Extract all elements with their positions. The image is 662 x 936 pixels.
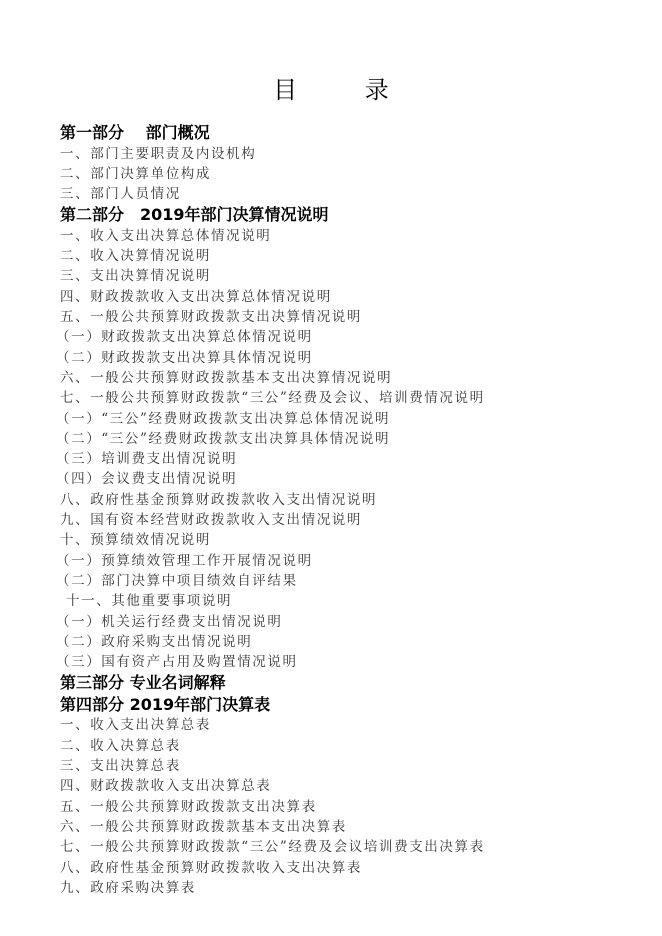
- toc-entry[interactable]: 一、收入支出决算总表: [60, 715, 640, 735]
- toc-entry[interactable]: 七、一般公共预算财政拨款“三公”经费及会议、培训费情况说明: [60, 388, 640, 408]
- toc-part-heading[interactable]: 第四部分 2019年部门决算表: [60, 694, 640, 716]
- toc-entry[interactable]: 三、部门人员情况: [60, 184, 640, 204]
- toc-entry[interactable]: 二、收入决算总表: [60, 736, 640, 756]
- toc-entry[interactable]: 七、一般公共预算财政拨款“三公”经费及会议培训费支出决算表: [60, 837, 640, 857]
- toc-entry[interactable]: 四、财政拨款收入支出决算总表: [60, 776, 640, 796]
- page-title: 目 录: [0, 70, 662, 105]
- toc-part-heading[interactable]: 第一部分 部门概况: [60, 122, 640, 144]
- toc-entry[interactable]: 九、国有资本经营财政拨款收入支出情况说明: [60, 510, 640, 530]
- toc-entry[interactable]: （一）预算绩效管理工作开展情况说明: [56, 551, 640, 571]
- toc-entry[interactable]: （一）财政拨款支出决算总体情况说明: [56, 327, 640, 347]
- toc-entry[interactable]: （三）培训费支出情况说明: [56, 449, 640, 469]
- toc-entry[interactable]: （三）国有资产占用及购置情况说明: [56, 652, 640, 672]
- toc-entry[interactable]: 八、政府性基金预算财政拨款收入支出决算表: [60, 858, 640, 878]
- toc-entry[interactable]: 一、部门主要职责及内设机构: [60, 144, 640, 164]
- document-page: 目 录 第一部分 部门概况一、部门主要职责及内设机构二、部门决算单位构成三、部门…: [0, 0, 662, 936]
- toc-part-heading[interactable]: 第三部分 专业名词解释: [60, 672, 640, 694]
- toc-entry[interactable]: 六、一般公共预算财政拨款基本支出决算表: [60, 817, 640, 837]
- toc-entry[interactable]: （四）会议费支出情况说明: [56, 469, 640, 489]
- toc-entry[interactable]: （二）财政拨款支出决算具体情况说明: [56, 348, 640, 368]
- toc-entry[interactable]: （二）政府采购支出情况说明: [56, 632, 640, 652]
- toc-entry[interactable]: 一、收入支出决算总体情况说明: [60, 226, 640, 246]
- toc-entry[interactable]: （二）“三公”经费财政拨款支出决算具体情况说明: [56, 429, 640, 449]
- toc-entry[interactable]: 四、财政拨款收入支出决算总体情况说明: [60, 287, 640, 307]
- toc-entry[interactable]: 十、预算绩效情况说明: [60, 530, 640, 550]
- toc-entry[interactable]: 十一、其他重要事项说明: [66, 591, 640, 611]
- toc-part-heading[interactable]: 第二部分 2019年部门决算情况说明: [60, 204, 640, 226]
- toc-entry[interactable]: （一）机关运行经费支出情况说明: [56, 612, 640, 632]
- toc-entry[interactable]: 九、政府采购决算表: [60, 878, 640, 898]
- toc-entry[interactable]: 六、一般公共预算财政拨款基本支出决算情况说明: [60, 368, 640, 388]
- toc-entry[interactable]: 二、部门决算单位构成: [60, 164, 640, 184]
- toc-entry[interactable]: 八、政府性基金预算财政拨款收入支出情况说明: [60, 490, 640, 510]
- toc-entry[interactable]: 三、支出决算情况说明: [60, 266, 640, 286]
- toc-entry[interactable]: 二、收入决算情况说明: [60, 246, 640, 266]
- toc-entry[interactable]: （二）部门决算中项目绩效自评结果: [56, 571, 640, 591]
- toc-entry[interactable]: （一）“三公”经费财政拨款支出决算总体情况说明: [56, 409, 640, 429]
- toc-entry[interactable]: 五、一般公共预算财政拨款支出决算情况说明: [60, 307, 640, 327]
- toc-entry[interactable]: 三、支出决算总表: [60, 756, 640, 776]
- table-of-contents: 第一部分 部门概况一、部门主要职责及内设机构二、部门决算单位构成三、部门人员情况…: [60, 122, 640, 898]
- toc-entry[interactable]: 五、一般公共预算财政拨款支出决算表: [60, 797, 640, 817]
